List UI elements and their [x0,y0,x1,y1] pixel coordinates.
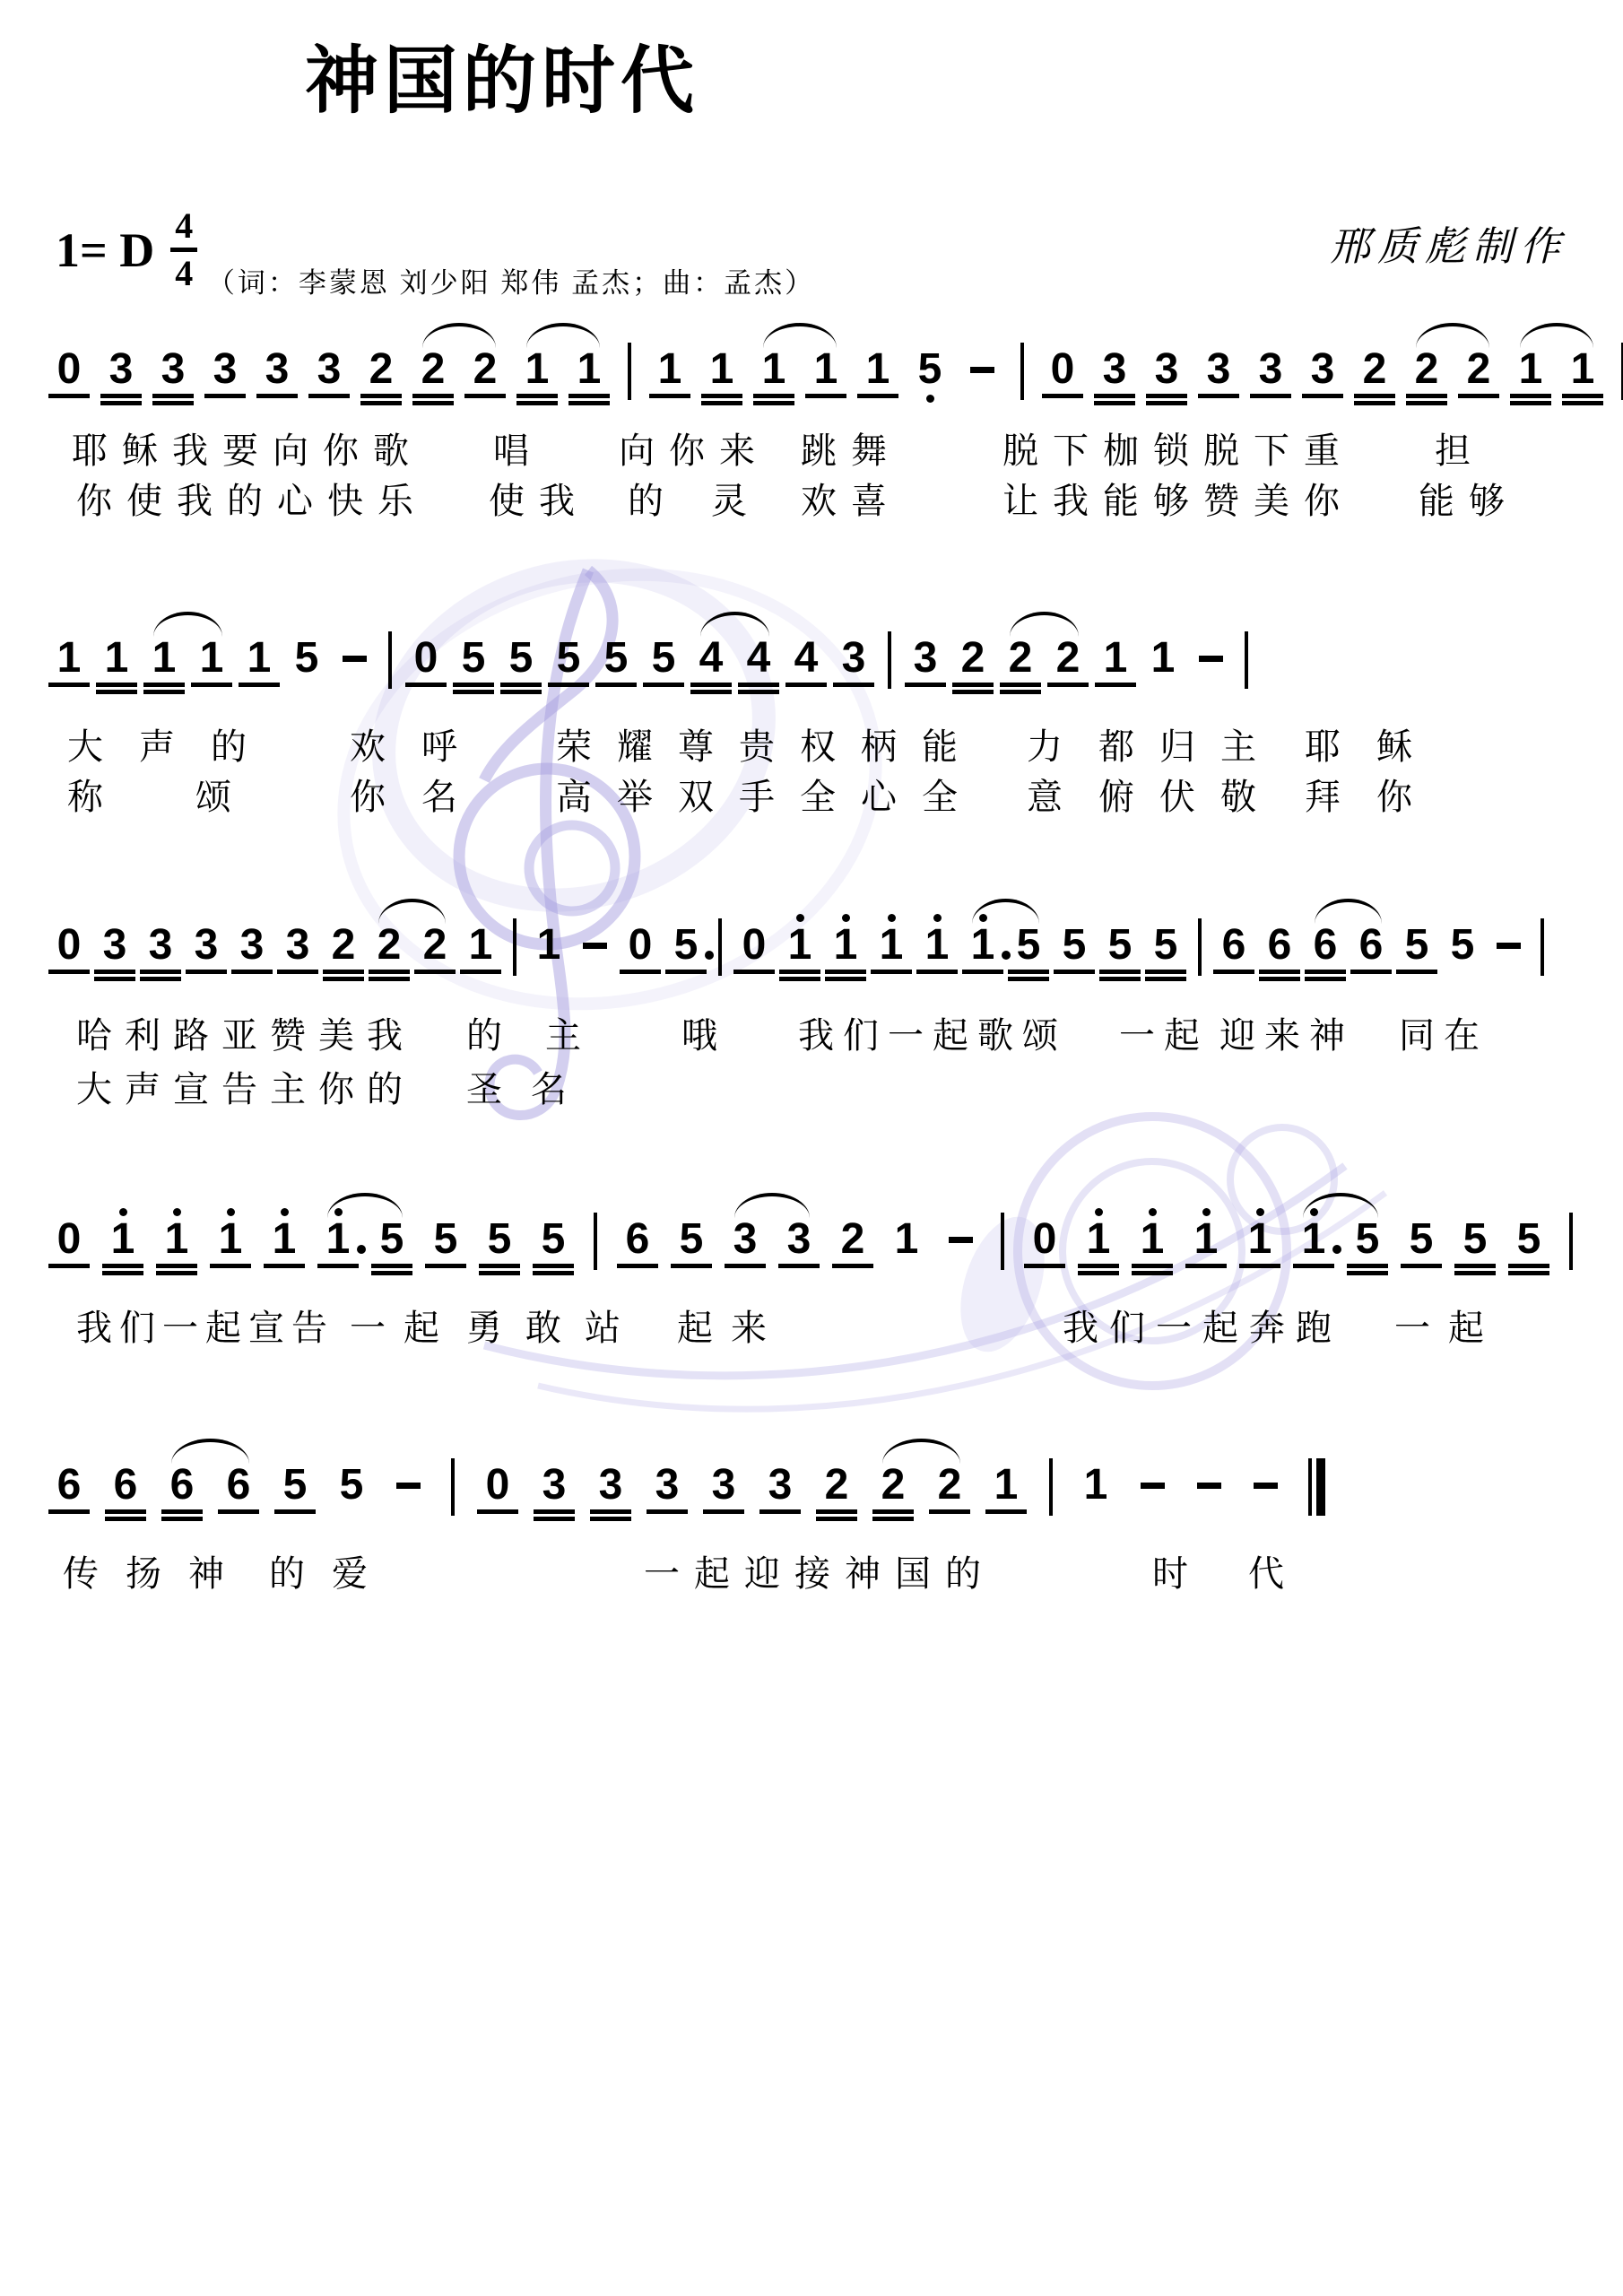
note: 2 [1361,334,1388,413]
note-digit: 5 [488,1218,512,1261]
note: 1 [1517,334,1544,413]
dash-note [1195,1464,1222,1507]
note: 5 [486,1204,513,1283]
note-digit: 5 [1356,1218,1380,1261]
note: 1 [1246,1204,1273,1283]
lyric-text: 意 [1027,777,1063,818]
note-digit: 0 [1033,1218,1057,1261]
beam-line [1185,1264,1227,1268]
beam-line [239,683,280,687]
beam-line [778,1264,820,1268]
beam-line [94,977,135,981]
slur: 22 [420,334,499,413]
beam-line [1406,401,1447,405]
beam-line [1305,977,1346,981]
note-digit: 5 [680,1218,704,1261]
beam-slot [378,1261,405,1283]
note-digit: 1 [1151,637,1176,680]
note-digit: 6 [1314,924,1338,967]
note: 5 [460,622,487,701]
lyric-text: 的爱 [269,1553,395,1595]
beam-line [143,683,185,687]
note: 3 [316,334,343,413]
note-digit: 3 [1259,348,1283,391]
beam-slot [412,680,439,701]
lyric-text: 向你来 [619,430,769,472]
beam-line [753,394,794,398]
note: 1 [864,334,891,413]
note-digit: 3 [655,1464,680,1507]
note: 3 [912,622,939,701]
beam-line [1078,1264,1119,1268]
note-digit: 5 [1405,924,1429,967]
note: 1 [924,909,950,988]
note-digit: 1 [971,924,995,967]
note: 1 [878,909,905,988]
slur: 22 [376,909,448,988]
beam-line [620,970,661,974]
beam-slot [959,680,986,701]
note: 5 [603,622,629,701]
beam-line [1406,394,1447,398]
beam-slot [151,680,178,701]
note-digit: 3 [317,348,342,391]
beam-slot [246,680,273,701]
dash-note [581,924,608,967]
note: 2 [1055,622,1081,701]
dash-note [341,637,368,680]
beam-line [733,970,775,974]
barline [1198,918,1202,976]
beam-line [905,683,946,687]
note-digit: 1 [1194,1218,1219,1261]
beam-line [102,1271,143,1275]
note: 1 [1139,1204,1166,1283]
beam-line [590,1517,631,1521]
beam-slot [101,967,128,988]
beam-line [1458,394,1499,398]
note: 1 [832,909,859,988]
beam-line [453,690,494,694]
barline [888,631,891,689]
note-digit: 0 [1051,348,1075,391]
note-digit: 5 [340,1464,364,1507]
note: 1 [109,1204,136,1283]
note-digit: 2 [1415,348,1439,391]
note-digit: 0 [629,924,653,967]
note-digit: 3 [599,1464,623,1507]
note-digit: 0 [57,348,82,391]
note-digit: 6 [1222,924,1246,967]
beam-slot [1413,391,1440,413]
barline [1569,1213,1573,1270]
beam-slot [732,1261,759,1283]
beam-slot [508,680,534,701]
beam-line [857,394,898,398]
lyrics-row: 你使我的心快乐使我的灵欢喜让我能够赞美你能够 [0,481,1623,524]
beam-line [369,970,410,974]
beam-line [405,683,447,687]
beam-line [500,690,542,694]
beam-line [533,1271,574,1275]
beam-slot [1449,967,1476,988]
beam-line [665,970,707,974]
beam-line [534,1509,575,1514]
beam-line [48,1509,90,1514]
beam-slot [1102,680,1129,701]
note: 3 [193,909,220,988]
barline [388,631,392,689]
slur: 22 [1413,334,1492,413]
beam-line [1350,970,1392,974]
note-digit: 2 [938,1464,962,1507]
note-digit: 2 [1009,637,1033,680]
beam-line [317,1264,359,1268]
note: 1 [325,1204,352,1283]
note: 0 [412,622,439,701]
note-digit: 3 [733,1218,758,1261]
beam-slot [535,967,562,988]
beam-slot [193,967,220,988]
note-digit: 1 [525,348,550,391]
beam-line [161,1509,203,1514]
note: 3 [1205,334,1232,413]
beam-slot [225,1507,252,1528]
note-digit: 1 [1084,1464,1108,1507]
augmentation-dot [357,1245,366,1254]
note: 1 [708,334,735,413]
note-digit: 2 [1467,348,1491,391]
lyric-text: 欢喜 [801,481,901,522]
barline [1020,343,1024,400]
dash-note [968,348,995,391]
beam-slot [330,967,357,988]
barline [1049,1458,1053,1516]
note: 5 [432,1204,459,1283]
lyric-text: 大声的 [67,726,282,768]
note-digit: 6 [170,1464,195,1507]
note: 6 [1220,909,1247,988]
beam-line [264,1264,305,1268]
dash-mark [1254,1483,1278,1489]
beam-slot [555,680,582,701]
note: 1 [151,622,178,701]
note: 1 [1150,622,1176,701]
note-digit: 2 [961,637,985,680]
beam-line [647,1509,688,1514]
beam-line [277,970,318,974]
note: 5 [1061,909,1088,988]
note-digit: 1 [247,637,272,680]
beam-line [218,1509,259,1514]
note: 5 [1408,1204,1435,1283]
beam-slot [812,391,839,413]
note: 1 [56,622,82,701]
dash-mark [1197,1483,1221,1489]
beam-line [690,690,732,694]
note: 1 [217,1204,244,1283]
beam-slot [839,1261,866,1283]
lyric-text: 的 [628,481,664,522]
beam-line [548,683,589,687]
beam-line [690,683,732,687]
beam-slot [698,680,725,701]
beam-line [210,1264,251,1268]
beam-line [1354,401,1395,405]
note: 3 [1309,334,1336,413]
beam-line [516,394,558,398]
note: 5 [1015,909,1042,988]
beam-line [825,970,866,974]
note-digit: 6 [227,1464,251,1507]
beam-line [516,401,558,405]
note: 1 [1102,622,1129,701]
note-digit: 1 [537,924,561,967]
note-digit: 5 [1063,924,1087,967]
note: 1 [1082,1449,1109,1528]
beam-slot [1101,391,1128,413]
note-digit: 1 [165,1218,189,1261]
note-digit: 5 [674,924,699,967]
beam-line [1145,970,1186,974]
lyrics-row: 哈利路亚赞美我的主哦我们一起歌颂一起迎来神同在 [0,1015,1623,1058]
beam-slot [217,1261,244,1283]
dash-mark [1141,1483,1165,1489]
beam-line [816,1509,857,1514]
note: 2 [936,1449,963,1528]
note: 4 [793,622,820,701]
note: 5 [282,1449,308,1528]
beam-slot [147,967,174,988]
note-digit: 1 [1302,1218,1326,1261]
slur: 15 [1300,1204,1381,1283]
note: 5 [1515,1204,1542,1283]
note-digit: 3 [161,348,186,391]
note: 1 [786,909,813,988]
barline [1541,918,1544,976]
dash-mark [1497,943,1521,949]
slur: 22 [880,1449,963,1528]
note: 2 [839,1204,866,1283]
note: 3 [264,334,291,413]
note: 6 [169,1449,195,1528]
beam-slot [785,1261,812,1283]
beam-line [1099,977,1141,981]
lyric-text: 拜你 [1305,777,1448,818]
beam-slot [673,967,699,988]
beam-line [102,1264,143,1268]
beam-line [1198,394,1239,398]
note-digit: 0 [57,1218,82,1261]
notes-row-system-5: 66665503333322211 [56,1449,1325,1528]
note-digit: 1 [200,637,224,680]
note: 4 [745,622,772,701]
beam-slot [540,1261,567,1283]
slur: 11 [760,334,839,413]
note-digit: 1 [57,637,82,680]
beam-line [96,690,137,694]
beam-slot [1569,391,1596,413]
beam-slot [627,967,654,988]
beam-line [1146,401,1187,405]
lyric-text: 颂 [195,777,231,818]
lyric-text: 高举双手全心全 [556,777,983,818]
beam-line [477,1509,518,1514]
dash-note [1495,924,1522,967]
lyric-text: 都归主 [1098,726,1281,768]
beam-slot [1515,1261,1542,1283]
beam-slot [460,680,487,701]
producer-credit: 邢质彪制作 [1330,213,1567,272]
beam-slot [1031,1261,1058,1283]
beam-line [48,970,90,974]
beam-slot [1408,1261,1435,1283]
note: 3 [212,334,239,413]
beam-slot [160,391,187,413]
note: 1 [103,622,130,701]
beam-line [156,1264,197,1268]
beam-line [1454,1271,1496,1275]
beam-line [479,1271,520,1275]
beam-slot [239,967,265,988]
lyric-text: 担 [1435,430,1471,472]
lyric-text: 灵 [711,481,747,522]
note-digit: 2 [423,924,447,967]
beam-slot [271,1261,298,1283]
lyrics-row: 传扬神的爱一起迎接神国的时代 [0,1553,1623,1596]
beam-line [952,690,994,694]
note: 5 [916,334,943,413]
beam-line [701,394,742,398]
slur: 66 [169,1449,252,1528]
beam-slot [163,1261,190,1283]
note: 6 [225,1449,252,1528]
beam-slot [793,680,820,701]
beam-line [701,401,742,405]
note: 4 [698,622,725,701]
dash-note [1252,1464,1279,1507]
beam-line [1510,401,1551,405]
note: 5 [1403,909,1430,988]
lyric-text: 耶稣我要向你歌 [72,430,423,472]
note-digit: 5 [462,637,486,680]
beam-slot [420,391,447,413]
note: 5 [555,622,582,701]
note: 1 [760,334,787,413]
beam-slot [576,391,603,413]
note-digit: 0 [414,637,438,680]
beam-slot [432,1261,459,1283]
beam-line [360,401,402,405]
beam-slot [745,680,772,701]
beam-slot [56,391,82,413]
note: 6 [112,1449,139,1528]
note: 1 [163,1204,190,1283]
beam-slot [708,391,735,413]
beam-slot [1220,967,1247,988]
beam-line [832,1264,873,1268]
note: 2 [823,1449,850,1528]
beam-slot [1361,391,1388,413]
note: 5 [1354,1204,1381,1283]
note-digit: 1 [762,348,786,391]
note-digit: 1 [895,1218,919,1261]
beam-line [100,401,142,405]
beam-line [916,970,958,974]
note: 5 [508,622,534,701]
beam-line [816,1517,857,1521]
note-digit: 2 [421,348,446,391]
lyric-text: 起来 [677,1308,785,1349]
beam-line [590,1509,631,1514]
beam-line [534,1517,575,1521]
note: 3 [785,1204,812,1283]
slur: 15 [325,1204,405,1283]
beam-line [1095,683,1136,687]
beam-slot [823,1507,850,1528]
beam-line [256,394,298,398]
lyric-text: 哈利路亚赞美我 [76,1015,415,1057]
beam-line [533,1264,574,1268]
note: 3 [101,909,128,988]
dash-note [947,1218,974,1261]
note-digit: 1 [273,1218,297,1261]
beam-line [759,1509,801,1514]
beam-line [703,1509,744,1514]
note-digit: 3 [842,637,866,680]
beam-slot [993,1507,1020,1528]
note: 1 [535,909,562,988]
beam-line [1347,1271,1388,1275]
beam-line [360,394,402,398]
beam-line [48,1264,90,1268]
notes-row-system-4: 01111155556533210111115555 [56,1204,1573,1283]
beam-line [143,690,185,694]
note-digit: 1 [925,924,950,967]
note-digit: 5 [380,1218,404,1261]
beam-line [1042,394,1083,398]
note-digit: 1 [834,924,858,967]
beam-line [1508,1264,1549,1268]
beam-slot [1517,391,1544,413]
note: 2 [472,334,499,413]
beam-line [725,1264,766,1268]
note-digit: 6 [1268,924,1292,967]
beam-slot [376,967,403,988]
note: 3 [732,1204,759,1283]
beam-line [833,683,874,687]
note-digit: 3 [542,1464,567,1507]
note: 2 [330,909,357,988]
beam-line [1347,1264,1388,1268]
note: 1 [1300,1204,1327,1283]
beam-slot [1152,967,1179,988]
beam-line [48,683,90,687]
beam-line [617,1264,658,1268]
lyric-text: 勇敢站 [466,1308,644,1349]
note: 1 [198,622,225,701]
beam-line [1239,1264,1280,1268]
note-digit: 2 [378,924,402,967]
note-digit: 2 [881,1464,906,1507]
beam-slot [421,967,448,988]
beam-slot [1007,680,1034,701]
beam-slot [1462,1261,1488,1283]
beam-slot [524,391,551,413]
beam-line [323,970,364,974]
note: 1 [893,1204,920,1283]
beam-slot [1055,680,1081,701]
